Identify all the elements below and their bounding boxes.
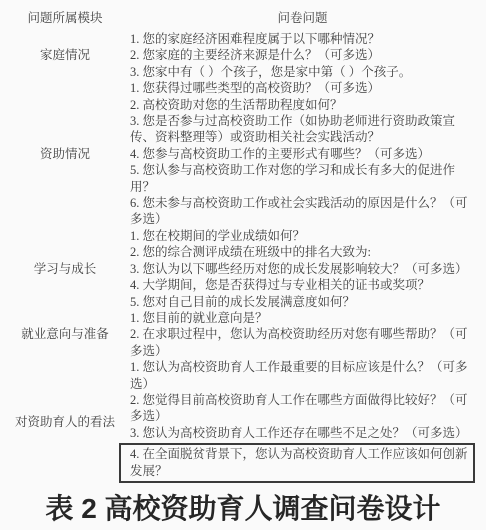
question-text: 4. 您参与高校资助工作的主要形式有哪些？（可多选） — [130, 146, 475, 162]
table-row: 就业意向与准备1. 您目前的就业意向是？2. 在求职过程中，您认为高校资助经历对… — [0, 310, 486, 359]
questions-cell: 1. 您的家庭经济困难程度属于以下哪种情况？2. 您家庭的主要经济来源是什么？（… — [130, 31, 475, 80]
questionnaire-table: 问题所属模块 问卷问题 家庭情况1. 您的家庭经济困难程度属于以下哪种情况？2.… — [0, 0, 486, 485]
question-text: 3. 您认为以下哪些经历对您的成长发展影响较大？（可多选） — [130, 261, 475, 277]
question-text: 5. 您认参与高校资助工作对您的学习和成长有多大的促进作用？ — [130, 162, 475, 195]
questions-cell: 1. 您认为高校资助育人工作最重要的目标应该是什么？（可多选）2. 您觉得目前高… — [130, 359, 475, 485]
module-label: 资助情况 — [0, 80, 130, 228]
module-label: 学习与成长 — [0, 228, 130, 310]
question-text: 2. 您觉得目前高校资助育人工作在哪些方面做得比较好？（可多选） — [130, 392, 475, 425]
question-text: 2. 在求职过程中，您认为高校资助经历对您有哪些帮助？（可多选） — [130, 326, 475, 359]
question-text: 1. 您获得过哪些类型的高校资助？（可多选） — [130, 80, 475, 96]
question-text: 1. 您目前的就业意向是？ — [130, 310, 475, 326]
question-text: 1. 您认为高校资助育人工作最重要的目标应该是什么？（可多选） — [130, 359, 475, 392]
table-body: 家庭情况1. 您的家庭经济困难程度属于以下哪种情况？2. 您家庭的主要经济来源是… — [0, 31, 486, 485]
question-text: 2. 您家庭的主要经济来源是什么？（可多选） — [130, 47, 475, 63]
page: 问题所属模块 问卷问题 家庭情况1. 您的家庭经济困难程度属于以下哪种情况？2.… — [0, 0, 486, 530]
question-text: 2. 您的综合测评成绩在班级中的排名大致为: — [130, 244, 475, 260]
module-label: 对资助育人的看法 — [0, 359, 130, 485]
table-caption: 表 2 高校资助育人调查问卷设计 — [0, 493, 486, 525]
table-row: 对资助育人的看法1. 您认为高校资助育人工作最重要的目标应该是什么？（可多选）2… — [0, 359, 486, 485]
questions-cell: 1. 您获得过哪些类型的高校资助？（可多选）2. 高校资助对您的生活帮助程度如何… — [130, 80, 475, 228]
table-header-row: 问题所属模块 问卷问题 — [0, 8, 486, 28]
question-text: 3. 您是否参与过高校资助工作（如协助老师进行资助政策宣传、资料整理等）或资助相… — [130, 113, 475, 146]
questions-cell: 1. 您在校期间的学业成绩如何？2. 您的综合测评成绩在班级中的排名大致为:3.… — [130, 228, 475, 310]
module-label: 家庭情况 — [0, 31, 130, 80]
table-row: 家庭情况1. 您的家庭经济困难程度属于以下哪种情况？2. 您家庭的主要经济来源是… — [0, 31, 486, 80]
table-row: 资助情况1. 您获得过哪些类型的高校资助？（可多选）2. 高校资助对您的生活帮助… — [0, 80, 486, 228]
question-text: 6. 您未参与高校资助工作或社会实践活动的原因是什么？（可多选） — [130, 195, 475, 228]
question-text: 5. 您对自己目前的成长发展满意度如何？ — [130, 294, 475, 310]
question-text: 1. 您在校期间的学业成绩如何？ — [130, 228, 475, 244]
table-row: 学习与成长1. 您在校期间的学业成绩如何？2. 您的综合测评成绩在班级中的排名大… — [0, 228, 486, 310]
questions-column-header: 问卷问题 — [130, 10, 475, 26]
highlighted-question: 4. 在全面脱贫背景下，您认为高校资助育人工作应该如何创新发展？ — [119, 443, 475, 483]
question-text: 4. 大学期间，您是否获得过与专业相关的证书或奖项？ — [130, 277, 475, 293]
question-text: 2. 高校资助对您的生活帮助程度如何？ — [130, 97, 475, 113]
module-label: 就业意向与准备 — [0, 310, 130, 359]
question-text: 3. 您认为高校资助育人工作还存在哪些不足之处？（可多选） — [130, 425, 475, 441]
questions-cell: 1. 您目前的就业意向是？2. 在求职过程中，您认为高校资助经历对您有哪些帮助？… — [130, 310, 475, 359]
module-column-header: 问题所属模块 — [0, 10, 130, 26]
question-text: 3. 您家中有（ ）个孩子，您是家中第（ ）个孩子。 — [130, 64, 475, 80]
question-text: 1. 您的家庭经济困难程度属于以下哪种情况？ — [130, 31, 475, 47]
